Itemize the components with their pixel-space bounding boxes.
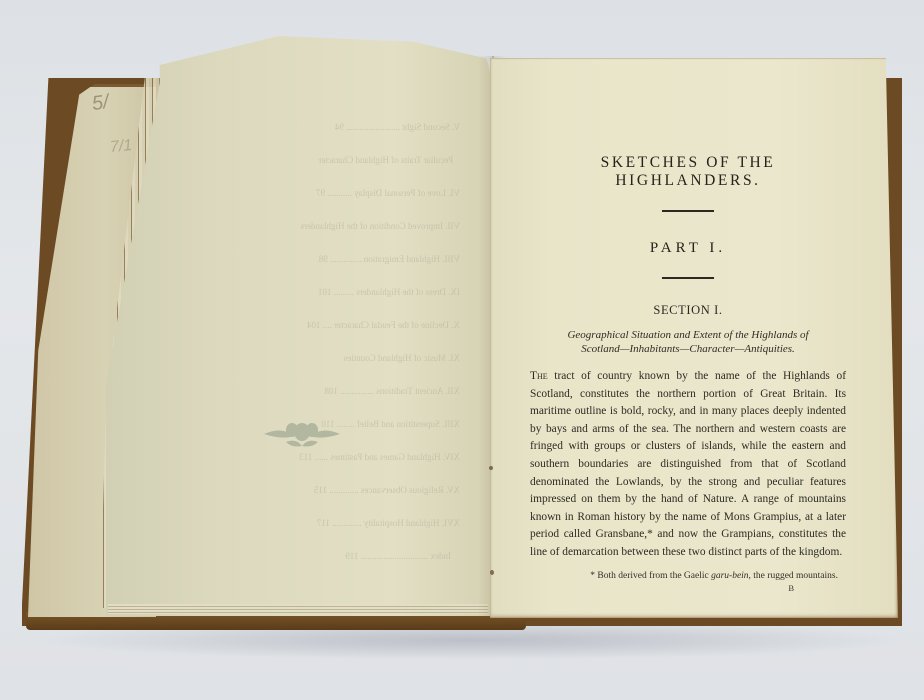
pencil-mark: 7/1 — [109, 137, 133, 157]
foxing-spot — [490, 570, 494, 575]
book-title: SKETCHES OF THE HIGHLANDERS. — [538, 154, 838, 190]
signature-mark: B — [538, 583, 838, 593]
title-rule — [662, 210, 714, 212]
footnote: * Both derived from the Gaelic garu-bein… — [538, 571, 838, 581]
right-page-text: SKETCHES OF THE HIGHLANDERS. PART I. SEC… — [538, 150, 838, 593]
bottom-page-edges — [108, 604, 488, 614]
photo-scene: 5/ 7/1 V. Second Sight .................… — [0, 0, 924, 700]
left-page-show-through-text: V. Second Sight ........................… — [200, 100, 460, 584]
section-subtitle: Geographical Situation and Extent of the… — [530, 328, 846, 356]
dropcap-word: The — [530, 370, 548, 382]
foxing-spot — [489, 466, 493, 470]
pencil-mark: 5/ — [90, 91, 110, 116]
part-rule — [662, 277, 714, 279]
body-paragraph: The tract of country known by the name o… — [530, 368, 846, 562]
section-title: SECTION I. — [538, 303, 838, 318]
floral-ornament-icon — [262, 416, 342, 450]
part-title: PART I. — [538, 240, 838, 257]
